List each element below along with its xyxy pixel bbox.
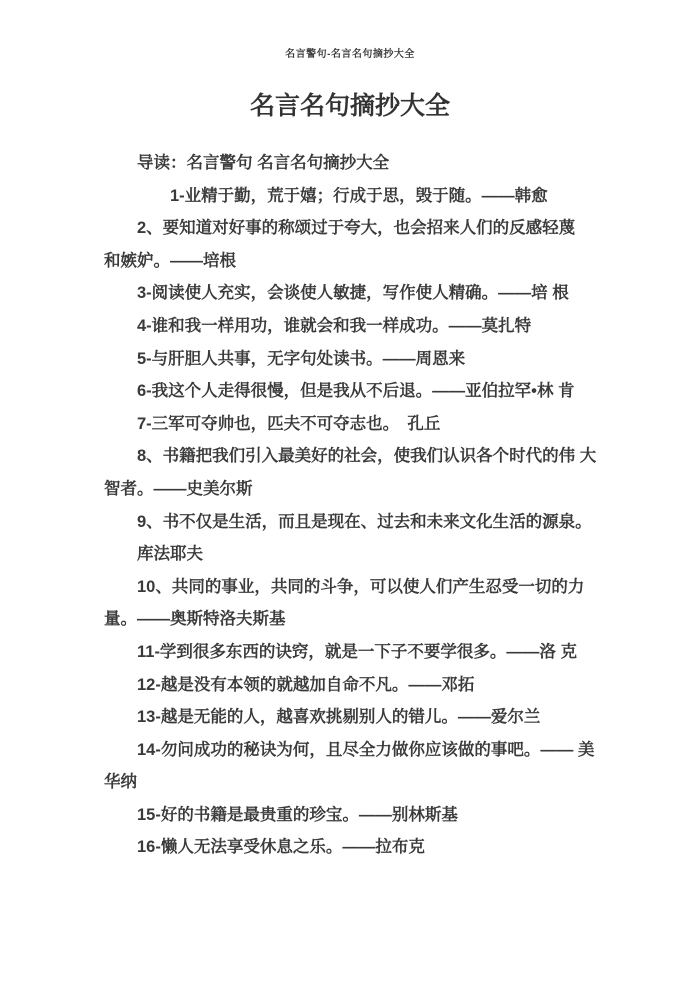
quote-line-13: 13-越是无能的人，越喜欢挑剔别人的错儿。——爱尔兰 xyxy=(104,701,604,734)
quote-line-8: 8、书籍把我们引入最美好的社会，使我们认识各个时代的伟 大 xyxy=(104,440,604,473)
quote-line-10: 10、共同的事业，共同的斗争，可以使人们产生忍受一切的力 xyxy=(104,571,604,604)
quote-line-5: 5-与肝胆人共事，无字句处读书。——周恩来 xyxy=(104,343,604,376)
quote-line-9: 9、书不仅是生活，而且是现在、过去和未来文化生活的源泉。 xyxy=(104,506,604,539)
quote-line-3: 3-阅读使人充实，会谈使人敏捷，写作使人精确。——培 根 xyxy=(104,277,604,310)
quote-line-12: 12-越是没有本领的就越加自命不凡。——邓拓 xyxy=(104,669,604,702)
document-page: 名言警句-名言名句摘抄大全 名言名句摘抄大全 导读：名言警句 名言名句摘抄大全 … xyxy=(0,0,700,991)
page-title: 名言名句摘抄大全 xyxy=(0,93,700,119)
quote-line-14-cont: 华纳 xyxy=(104,766,604,799)
document-body: 导读：名言警句 名言名句摘抄大全 1-业精于勤，荒于嬉；行成于思，毁于随。——韩… xyxy=(104,147,604,864)
quote-line-8-cont: 智者。——史美尔斯 xyxy=(104,473,604,506)
quote-line-6: 6-我这个人走得很慢，但是我从不后退。——亚伯拉罕•林 肯 xyxy=(104,375,604,408)
quote-line-10-cont: 量。——奥斯特洛夫斯基 xyxy=(104,603,604,636)
quote-line-1: 1-业精于勤，荒于嬉；行成于思，毁于随。——韩愈 xyxy=(104,180,604,213)
quote-line-11: 11-学到很多东西的诀窍，就是一下子不要学很多。——洛 克 xyxy=(104,636,604,669)
quote-line-2-cont: 和嫉妒。——培根 xyxy=(104,245,604,278)
quote-line-14: 14-勿问成功的秘诀为何，且尽全力做你应该做的事吧。—— 美 xyxy=(104,734,604,767)
quote-line-16: 16-懒人无法享受休息之乐。——拉布克 xyxy=(104,831,604,864)
running-header: 名言警句-名言名句摘抄大全 xyxy=(0,0,700,60)
intro-line: 导读：名言警句 名言名句摘抄大全 xyxy=(104,147,604,180)
quote-line-4: 4-谁和我一样用功，谁就会和我一样成功。——莫扎特 xyxy=(104,310,604,343)
quote-line-2: 2、要知道对好事的称颂过于夸大，也会招来人们的反感轻蔑 xyxy=(104,212,604,245)
running-header-text: 名言警句-名言名句摘抄大全 xyxy=(285,49,415,60)
quote-line-15: 15-好的书籍是最贵重的珍宝。——别林斯基 xyxy=(104,799,604,832)
quote-line-9-author: 库法耶夫 xyxy=(104,538,604,571)
quote-line-7: 7-三军可夺帅也，匹夫不可夺志也。 孔丘 xyxy=(104,408,604,441)
